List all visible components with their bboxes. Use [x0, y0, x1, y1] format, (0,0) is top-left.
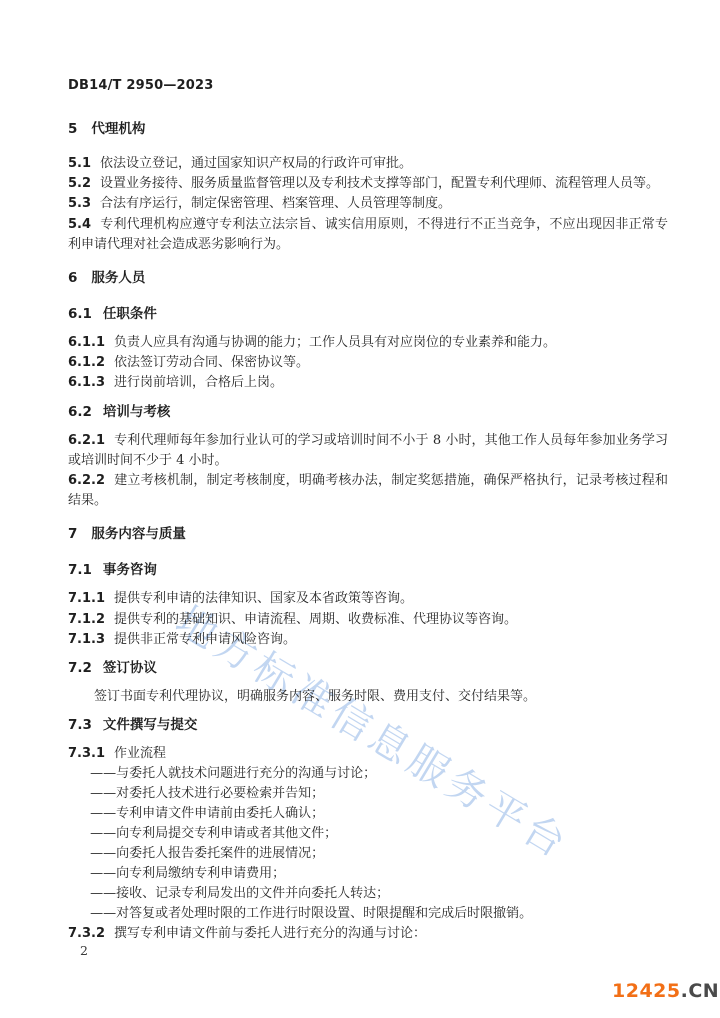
- subsection-number: 7.1: [68, 562, 92, 578]
- clause-number: 7.1.3: [68, 632, 105, 647]
- clause-7-3-1: 7.3.1作业流程: [68, 744, 668, 764]
- section-title: 代理机构: [91, 121, 145, 137]
- clause-7-1-1: 7.1.1提供专利申请的法律知识、国家及本省政策等咨询。: [68, 589, 668, 609]
- dash-item: ——与委托人就技术问题进行充分的沟通与讨论；: [68, 764, 668, 784]
- clause-number: 5.3: [68, 196, 91, 211]
- clause-text: 专利代理师每年参加行业认可的学习或培训时间不小于 8 小时，其他工作人员每年参加…: [68, 433, 668, 468]
- subsection-title: 任职条件: [103, 306, 157, 322]
- section-heading-6: 6服务人员: [68, 268, 668, 288]
- clause-text: 作业流程: [114, 746, 166, 761]
- clause-number: 7.3.1: [68, 746, 105, 761]
- subsection-title: 签订协议: [103, 660, 157, 676]
- dash-item: ——向专利局提交专利申请或者其他文件；: [68, 824, 668, 844]
- clause-number: 6.2.2: [68, 473, 105, 488]
- clause-text: 提供专利申请的法律知识、国家及本省政策等咨询。: [114, 591, 413, 606]
- subsection-number: 7.3: [68, 717, 92, 733]
- clause-number: 6.1.3: [68, 375, 105, 390]
- clause-text: 专利代理机构应遵守专利法立法宗旨、诚实信用原则，不得进行不正当竞争，不应出现因非…: [68, 217, 668, 252]
- subsection-title: 文件撰写与提交: [103, 717, 198, 733]
- clause-number: 5.1: [68, 156, 91, 171]
- site-logo-number: 12425: [612, 980, 681, 1002]
- dash-item: ——向专利局缴纳专利申请费用；: [68, 864, 668, 884]
- clause-6-1-1: 6.1.1负责人应具有沟通与协调的能力；工作人员具有对应岗位的专业素养和能力。: [68, 333, 668, 353]
- clause-text: 负责人应具有沟通与协调的能力；工作人员具有对应岗位的专业素养和能力。: [114, 335, 556, 350]
- clause-number: 5.4: [68, 217, 91, 232]
- dash-item: ——向委托人报告委托案件的进展情况；: [68, 844, 668, 864]
- dash-item: ——对委托人技术进行必要检索并告知；: [68, 784, 668, 804]
- subsection-title: 事务咨询: [103, 562, 157, 578]
- clause-5-3: 5.3合法有序运行，制定保密管理、档案管理、人员管理等制度。: [68, 194, 668, 214]
- dash-item: ——对答复或者处理时限的工作进行时限设置、时限提醒和完成后时限撤销。: [68, 904, 668, 924]
- clause-7-3-2: 7.3.2撰写专利申请文件前与委托人进行充分的沟通与讨论：: [68, 924, 668, 944]
- page-number: 2: [80, 943, 88, 958]
- subsection-heading-6-2: 6.2培训与考核: [68, 402, 668, 422]
- clause-text: 撰写专利申请文件前与委托人进行充分的沟通与讨论：: [114, 926, 426, 941]
- clause-number: 7.1.2: [68, 612, 105, 627]
- clause-text: 进行岗前培训，合格后上岗。: [114, 375, 283, 390]
- clause-6-2-1: 6.2.1专利代理师每年参加行业认可的学习或培训时间不小于 8 小时，其他工作人…: [68, 431, 668, 471]
- clause-number: 6.1.2: [68, 355, 105, 370]
- subsection-heading-7-3: 7.3文件撰写与提交: [68, 715, 668, 735]
- clause-5-1: 5.1依法设立登记，通过国家知识产权局的行政许可审批。: [68, 154, 668, 174]
- subsection-heading-7-1: 7.1事务咨询: [68, 560, 668, 580]
- clause-6-1-3: 6.1.3进行岗前培训，合格后上岗。: [68, 373, 668, 393]
- clause-7-1-3: 7.1.3提供非正常专利申请风险咨询。: [68, 630, 668, 650]
- clause-text: 设置业务接待、服务质量监督管理以及专利技术支撑等部门，配置专利代理师、流程管理人…: [100, 176, 659, 191]
- dash-item: ——接收、记录专利局发出的文件并向委托人转达；: [68, 884, 668, 904]
- site-logo: 12425.CN: [612, 980, 719, 1002]
- subsection-number: 6.2: [68, 404, 92, 420]
- clause-text: 依法签订劳动合同、保密协议等。: [114, 355, 309, 370]
- dash-item: ——专利申请文件申请前由委托人确认；: [68, 804, 668, 824]
- section-number: 7: [68, 526, 77, 542]
- clause-number: 6.2.1: [68, 433, 105, 448]
- clause-5-4: 5.4专利代理机构应遵守专利法立法宗旨、诚实信用原则，不得进行不正当竞争，不应出…: [68, 215, 668, 255]
- subsection-heading-6-1: 6.1任职条件: [68, 304, 668, 324]
- clause-number: 7.1.1: [68, 591, 105, 606]
- section-title: 服务内容与质量: [91, 526, 186, 542]
- section-title: 服务人员: [91, 270, 145, 286]
- clause-5-2: 5.2设置业务接待、服务质量监督管理以及专利技术支撑等部门，配置专利代理师、流程…: [68, 174, 668, 194]
- clause-number: 5.2: [68, 176, 91, 191]
- clause-6-2-2: 6.2.2建立考核机制，制定考核制度，明确考核办法，制定奖惩措施，确保严格执行，…: [68, 471, 668, 511]
- subsection-number: 6.1: [68, 306, 92, 322]
- clause-text: 依法设立登记，通过国家知识产权局的行政许可审批。: [100, 156, 412, 171]
- section-heading-7: 7服务内容与质量: [68, 524, 668, 544]
- clause-number: 7.3.2: [68, 926, 105, 941]
- subsection-number: 7.2: [68, 660, 92, 676]
- section-number: 6: [68, 270, 77, 286]
- paragraph-7-2: 签订书面专利代理协议，明确服务内容、服务时限、费用支付、交付结果等。: [68, 687, 668, 707]
- document-content: DB14/T 2950—2023 5代理机构 5.1依法设立登记，通过国家知识产…: [68, 78, 668, 944]
- clause-text: 合法有序运行，制定保密管理、档案管理、人员管理等制度。: [100, 196, 451, 211]
- section-heading-5: 5代理机构: [68, 119, 668, 139]
- clause-6-1-2: 6.1.2依法签订劳动合同、保密协议等。: [68, 353, 668, 373]
- clause-7-1-2: 7.1.2提供专利的基础知识、申请流程、周期、收费标准、代理协议等咨询。: [68, 610, 668, 630]
- clause-number: 6.1.1: [68, 335, 105, 350]
- clause-text: 提供非正常专利申请风险咨询。: [114, 632, 296, 647]
- subsection-title: 培训与考核: [103, 404, 171, 420]
- clause-text: 提供专利的基础知识、申请流程、周期、收费标准、代理协议等咨询。: [114, 612, 517, 627]
- section-number: 5: [68, 121, 77, 137]
- document-page: 地方标准信息服务平台 DB14/T 2950—2023 5代理机构 5.1依法设…: [0, 0, 720, 1018]
- site-logo-domain-suffix: .CN: [681, 980, 720, 1002]
- subsection-heading-7-2: 7.2签订协议: [68, 658, 668, 678]
- clause-text: 建立考核机制，制定考核制度，明确考核办法，制定奖惩措施，确保严格执行，记录考核过…: [68, 473, 668, 508]
- doc-code-header: DB14/T 2950—2023: [68, 78, 668, 94]
